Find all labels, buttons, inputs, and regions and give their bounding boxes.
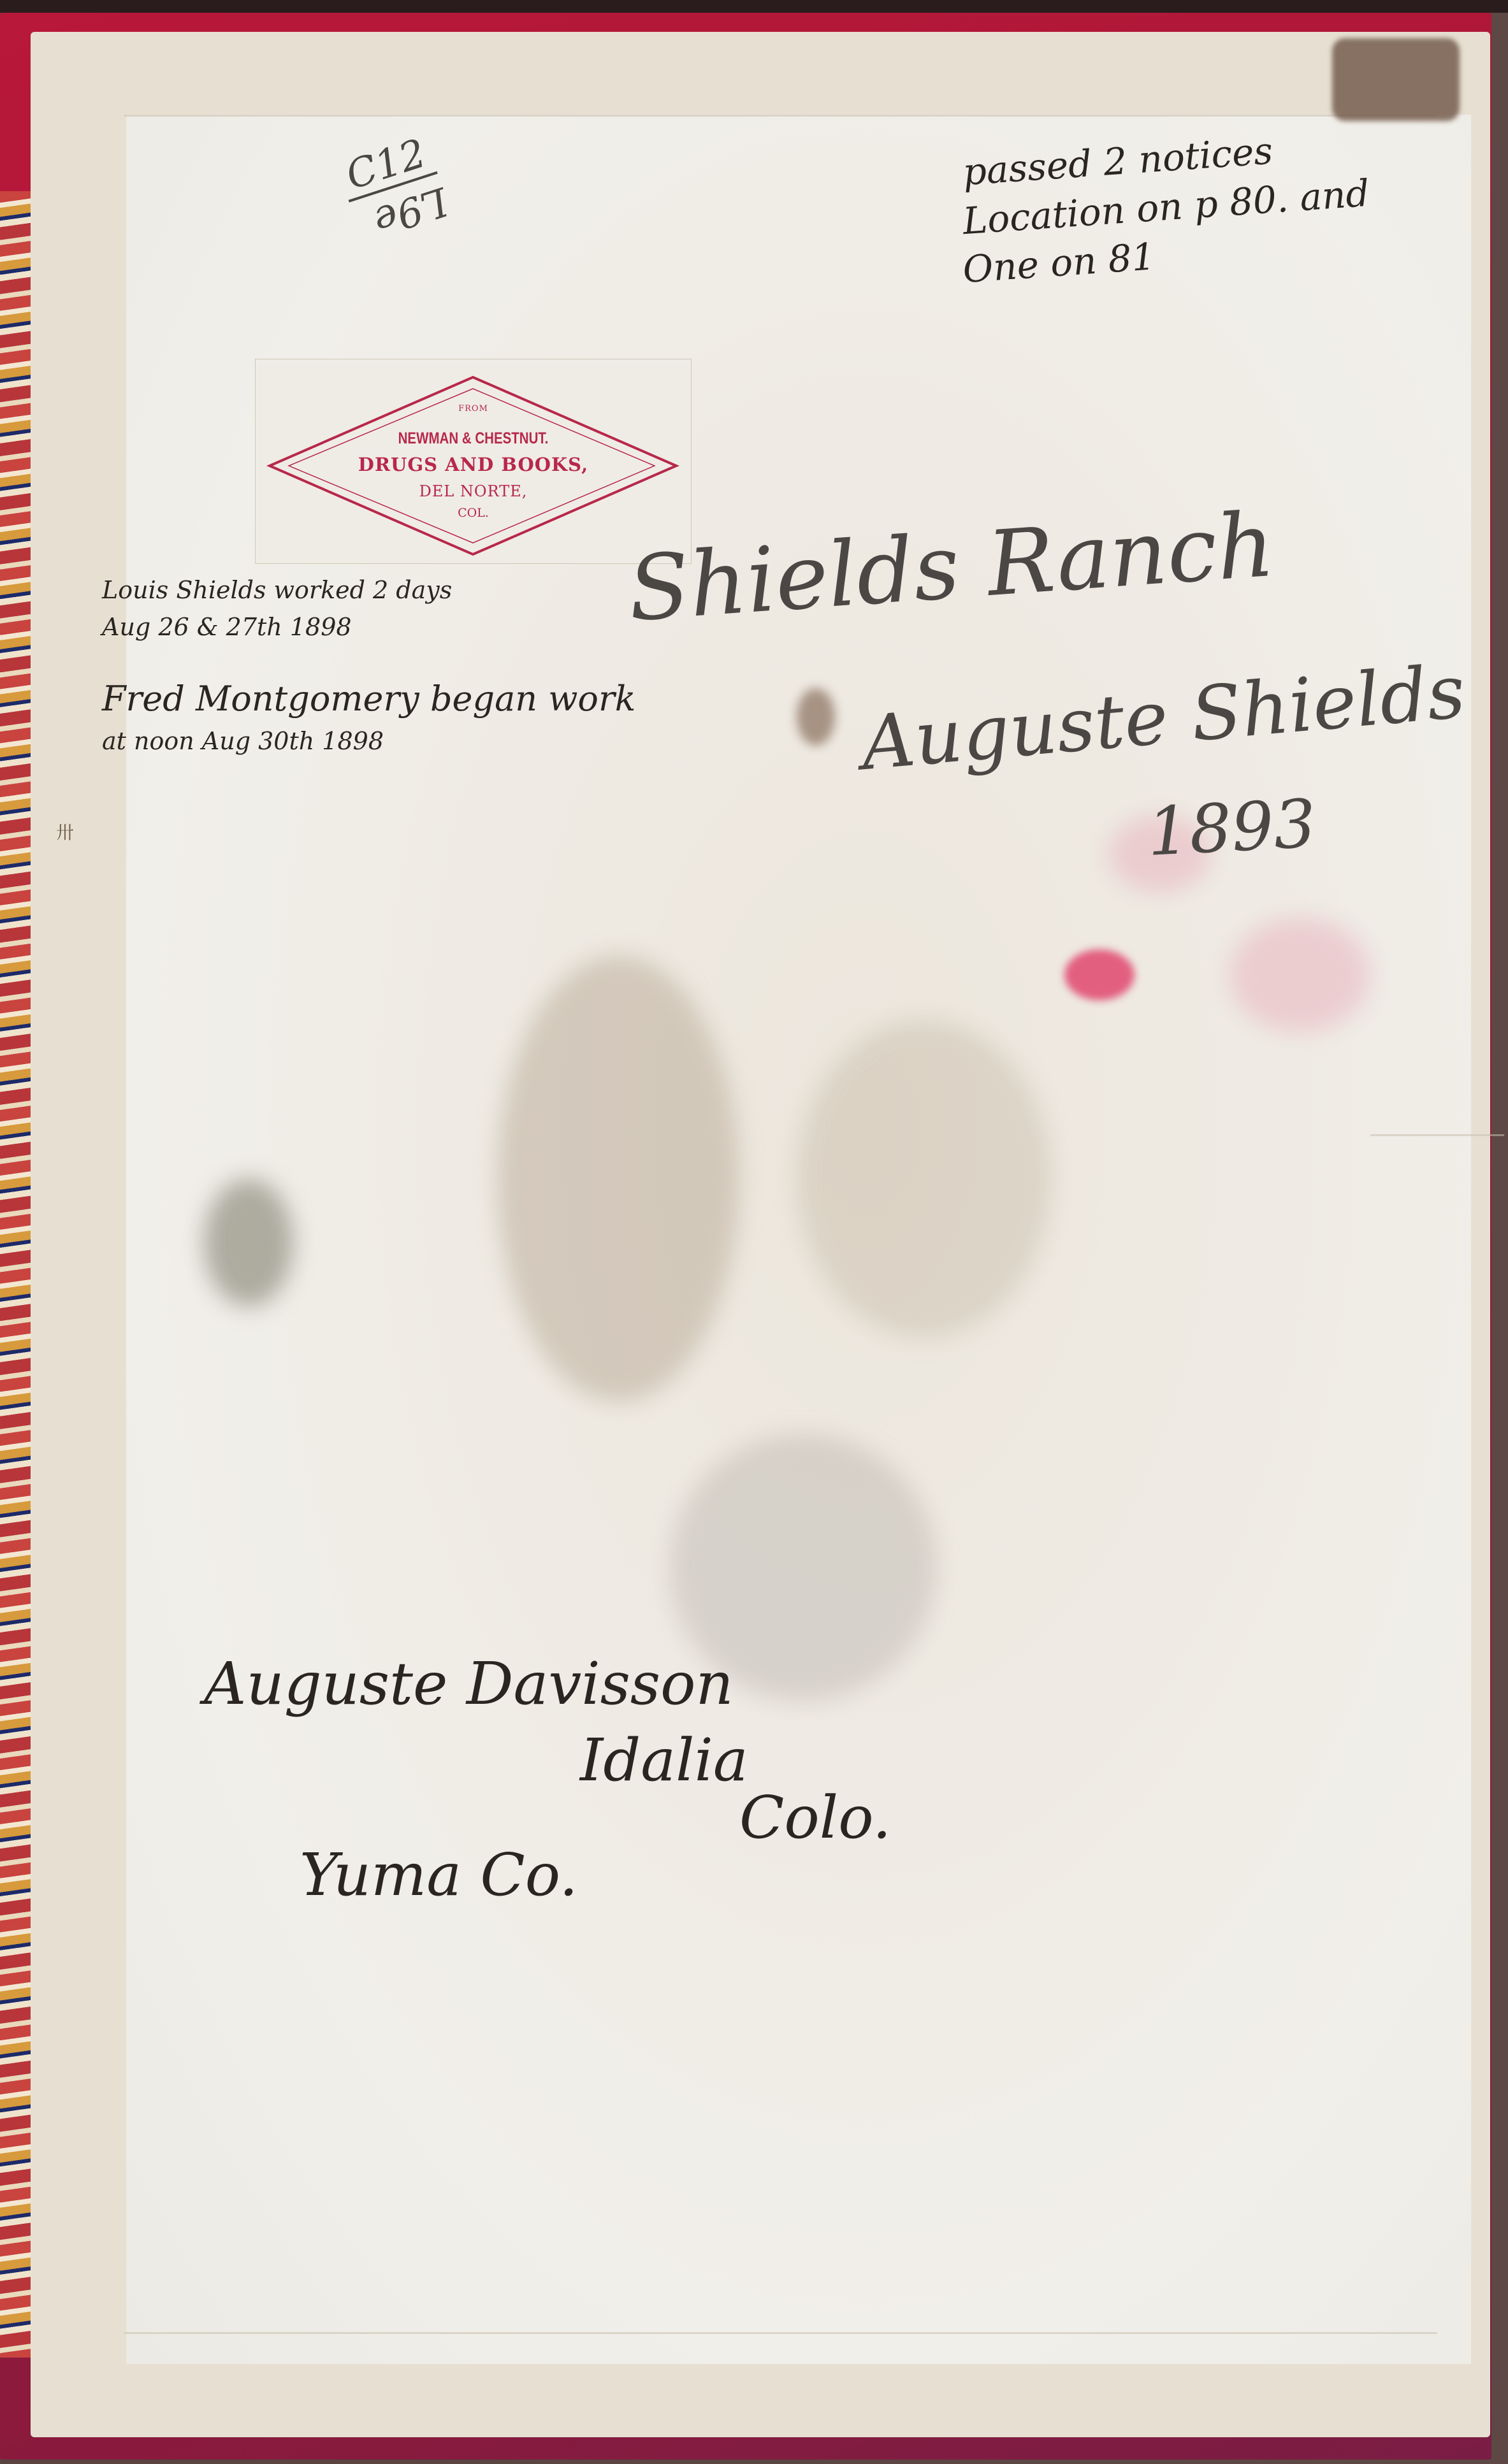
address-county: Yuma Co. bbox=[300, 1841, 578, 1909]
label-city: DEL NORTE, bbox=[256, 482, 691, 500]
bookseller-label: FROM NEWMAN & CHESTNUT. DRUGS AND BOOKS,… bbox=[255, 359, 692, 564]
address-town: Idalia bbox=[580, 1727, 748, 1794]
work-log-line-4: at noon Aug 30th 1898 bbox=[102, 728, 635, 756]
label-trade: DRUGS AND BOOKS, bbox=[256, 454, 691, 475]
label-from: FROM bbox=[256, 404, 691, 414]
torn-corner bbox=[1332, 38, 1460, 121]
pink-ink-stain bbox=[1230, 918, 1370, 1032]
pink-ink-stain bbox=[1064, 949, 1135, 1000]
water-stain bbox=[497, 956, 739, 1402]
work-log-line-3: Fred Montgomery began work bbox=[102, 679, 635, 719]
address-name: Auguste Davisson bbox=[204, 1650, 734, 1718]
brown-spot bbox=[797, 688, 835, 746]
fold-line-top bbox=[124, 115, 1437, 117]
work-log-line-2: Aug 26 & 27th 1898 bbox=[102, 614, 635, 642]
work-log-line-1: Louis Shields worked 2 days bbox=[102, 577, 635, 605]
fold-line-right bbox=[1370, 1134, 1504, 1136]
work-log: Louis Shields worked 2 days Aug 26 & 27t… bbox=[102, 577, 635, 765]
fold-line-bottom bbox=[124, 2332, 1437, 2334]
mold-stain bbox=[204, 1179, 293, 1306]
label-firm: NEWMAN & CHESTNUT. bbox=[294, 429, 651, 448]
margin-mark: 卅 bbox=[56, 819, 74, 844]
label-state: COL. bbox=[256, 506, 691, 520]
owner-year: 1893 bbox=[1145, 786, 1318, 870]
water-stain bbox=[797, 1019, 1052, 1338]
address-state: Colo. bbox=[739, 1784, 891, 1852]
notice-note: passed 2 notices Location on p 80. and O… bbox=[962, 137, 1370, 284]
